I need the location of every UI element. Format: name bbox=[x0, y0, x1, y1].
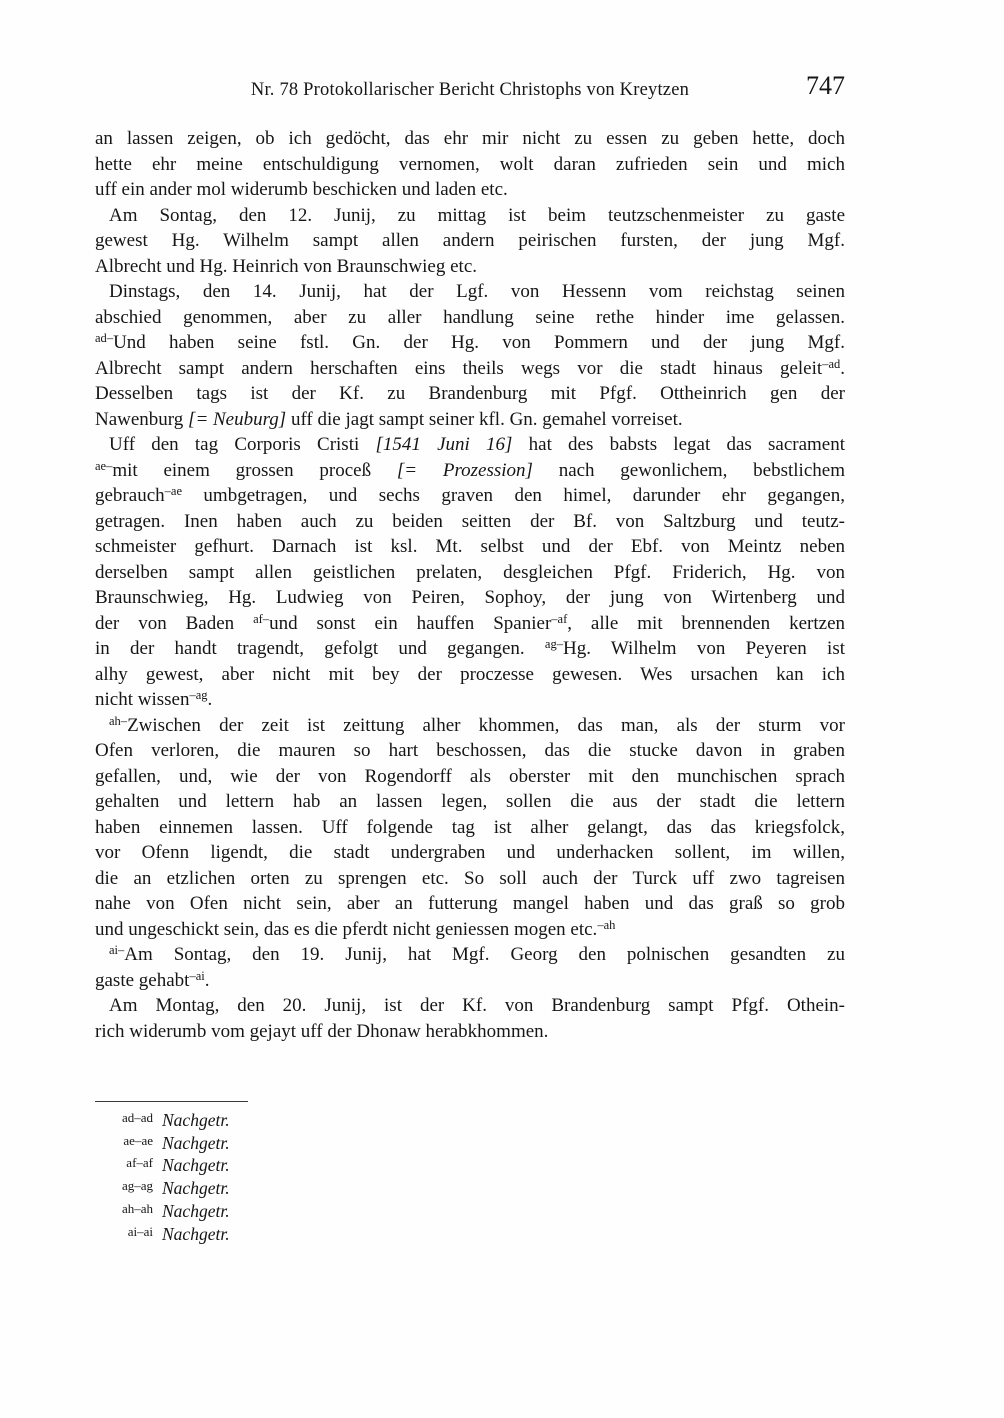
text-line: Nawenburg [= Neuburg] uff die jagt sampt… bbox=[95, 407, 845, 433]
text-segment: . bbox=[840, 358, 845, 379]
text-segment: Ofen verloren, die mauren so hart bescho… bbox=[95, 740, 845, 761]
text-segment: mit einem grossen proceß bbox=[112, 460, 397, 481]
text-segment: die an etzlichen orten zu sprengen etc. … bbox=[95, 868, 845, 889]
text-segment: in der handt tragendt, gefolgt und gegan… bbox=[95, 638, 545, 659]
apparatus-marker: –ae bbox=[165, 484, 182, 498]
text-segment: getragen. Inen haben auch zu beiden seit… bbox=[95, 511, 845, 532]
text-segment: gebrauch bbox=[95, 485, 165, 506]
text-segment: Braunschwieg, Hg. Ludwieg von Peiren, So… bbox=[95, 587, 845, 608]
text-segment: gewest Hg. Wilhelm sampt allen andern pe… bbox=[95, 230, 845, 251]
text-line: gebrauch–ae umbgetragen, und sechs grave… bbox=[95, 483, 845, 509]
apparatus-marker: ag– bbox=[545, 637, 563, 651]
text-line: haben einnemen lassen. Uff folgende tag … bbox=[95, 815, 845, 841]
text-line: derselben sampt allen geistlichen prelat… bbox=[95, 560, 845, 586]
apparatus-marker: ae– bbox=[95, 459, 112, 473]
paragraph: ai–Am Sontag, den 19. Junij, hat Mgf. Ge… bbox=[95, 942, 845, 993]
paragraph: Am Montag, den 20. Junij, ist der Kf. vo… bbox=[95, 993, 845, 1044]
text-segment: derselben sampt allen geistlichen prelat… bbox=[95, 562, 845, 583]
footnote-text: Nachgetr. bbox=[162, 1133, 230, 1153]
text-segment: uff die jagt sampt seiner kfl. Gn. gemah… bbox=[286, 409, 682, 430]
text-segment: Albrecht und Hg. Heinrich von Braunschwi… bbox=[95, 256, 477, 277]
text-line: Ofen verloren, die mauren so hart bescho… bbox=[95, 738, 845, 764]
editorial-gloss: [= Neuburg] bbox=[188, 409, 286, 430]
paragraph: Uff den tag Corporis Cristi [1541 Juni 1… bbox=[95, 432, 845, 713]
text-line: ah–Zwischen der zeit ist zeittung alher … bbox=[95, 713, 845, 739]
editorial-gloss: [1541 Juni 16] bbox=[375, 434, 512, 455]
footnote-item: ag–agNachgetr. bbox=[95, 1177, 845, 1200]
text-segment: Am Sontag, den 19. Junij, hat Mgf. Georg… bbox=[124, 944, 845, 965]
footnotes-section: ad–adNachgetr.ae–aeNachgetr.af–afNachget… bbox=[95, 1101, 845, 1245]
text-segment: nicht wissen bbox=[95, 689, 189, 710]
text-segment: schmeister gefhurt. Darnach ist ksl. Mt.… bbox=[95, 536, 845, 557]
text-segment: haben einnemen lassen. Uff folgende tag … bbox=[95, 817, 845, 838]
text-line: gefallen, und, wie der von Rogendorff al… bbox=[95, 764, 845, 790]
body-text: an lassen zeigen, ob ich gedöcht, das eh… bbox=[95, 126, 845, 1044]
apparatus-marker: af– bbox=[253, 612, 269, 626]
text-segment: gaste gehabt bbox=[95, 970, 189, 991]
text-segment: Desselben tags ist der Kf. zu Brandenbur… bbox=[95, 383, 845, 404]
text-segment: und ungeschickt sein, das es die pferdt … bbox=[95, 919, 597, 940]
text-line: Albrecht und Hg. Heinrich von Braunschwi… bbox=[95, 254, 845, 280]
text-line: ae–mit einem grossen proceß [= Prozessio… bbox=[95, 458, 845, 484]
text-segment: Uff den tag Corporis Cristi bbox=[109, 434, 375, 455]
apparatus-marker: ah– bbox=[109, 714, 127, 728]
apparatus-marker: –af bbox=[551, 612, 567, 626]
text-segment: gefallen, und, wie der von Rogendorff al… bbox=[95, 766, 845, 787]
text-line: Am Sontag, den 12. Junij, zu mittag ist … bbox=[95, 203, 845, 229]
text-line: ai–Am Sontag, den 19. Junij, hat Mgf. Ge… bbox=[95, 942, 845, 968]
apparatus-marker: –ai bbox=[189, 969, 204, 983]
text-line: Am Montag, den 20. Junij, ist der Kf. vo… bbox=[95, 993, 845, 1019]
apparatus-marker: –ag bbox=[189, 688, 207, 702]
text-line: ad–Und haben seine fstl. Gn. der Hg. von… bbox=[95, 330, 845, 356]
page-number: 747 bbox=[806, 71, 845, 101]
text-line: gehalten und lettern hab an lassen legen… bbox=[95, 789, 845, 815]
text-line: abschied genommen, aber zu aller handlun… bbox=[95, 305, 845, 331]
text-line: uff ein ander mol widerumb beschicken un… bbox=[95, 177, 845, 203]
footnote-text: Nachgetr. bbox=[162, 1155, 230, 1175]
footnote-text: Nachgetr. bbox=[162, 1201, 230, 1221]
text-line: hette ehr meine entschuldigung vernomen,… bbox=[95, 152, 845, 178]
editorial-gloss: [= Prozession] bbox=[397, 460, 533, 481]
text-segment: Und haben seine fstl. Gn. der Hg. von Po… bbox=[113, 332, 845, 353]
text-segment: rich widerumb vom gejayt uff der Dhonaw … bbox=[95, 1021, 548, 1042]
footnote-list: ad–adNachgetr.ae–aeNachgetr.af–afNachget… bbox=[95, 1109, 845, 1245]
apparatus-marker: –ah bbox=[597, 918, 615, 932]
text-segment: Albrecht sampt andern herschaften eins t… bbox=[95, 358, 822, 379]
text-line: an lassen zeigen, ob ich gedöcht, das eh… bbox=[95, 126, 845, 152]
page-header: Nr. 78 Protokollarischer Bericht Christo… bbox=[95, 77, 845, 105]
paragraph: Am Sontag, den 12. Junij, zu mittag ist … bbox=[95, 203, 845, 280]
text-line: Uff den tag Corporis Cristi [1541 Juni 1… bbox=[95, 432, 845, 458]
text-line: in der handt tragendt, gefolgt und gegan… bbox=[95, 636, 845, 662]
text-line: Dinstags, den 14. Junij, hat der Lgf. vo… bbox=[95, 279, 845, 305]
paragraph: Dinstags, den 14. Junij, hat der Lgf. vo… bbox=[95, 279, 845, 432]
apparatus-marker: –ad bbox=[822, 357, 840, 371]
text-line: alhy gewest, aber nicht mit bey der proc… bbox=[95, 662, 845, 688]
text-segment: an lassen zeigen, ob ich gedöcht, das eh… bbox=[95, 128, 845, 149]
footnote-separator-rule bbox=[95, 1101, 248, 1102]
text-line: nahe von Ofen nicht sein, aber an futter… bbox=[95, 891, 845, 917]
apparatus-marker: ad– bbox=[95, 331, 113, 345]
footnote-item: af–afNachgetr. bbox=[95, 1154, 845, 1177]
text-segment: , alle mit brennenden kertzen bbox=[567, 613, 845, 634]
text-line: Desselben tags ist der Kf. zu Brandenbur… bbox=[95, 381, 845, 407]
text-segment: Zwischen der zeit ist zeittung alher kho… bbox=[127, 715, 845, 736]
footnote-item: ae–aeNachgetr. bbox=[95, 1132, 845, 1155]
text-segment: nahe von Ofen nicht sein, aber an futter… bbox=[95, 893, 845, 914]
text-line: vor Ofenn ligendt, die stadt undergraben… bbox=[95, 840, 845, 866]
text-line: und ungeschickt sein, das es die pferdt … bbox=[95, 917, 845, 943]
text-line: Albrecht sampt andern herschaften eins t… bbox=[95, 356, 845, 382]
text-segment: und sonst ein hauffen Spanier bbox=[269, 613, 551, 634]
footnote-item: ah–ahNachgetr. bbox=[95, 1200, 845, 1223]
text-segment: Dinstags, den 14. Junij, hat der Lgf. vo… bbox=[109, 281, 845, 302]
text-line: die an etzlichen orten zu sprengen etc. … bbox=[95, 866, 845, 892]
text-line: gewest Hg. Wilhelm sampt allen andern pe… bbox=[95, 228, 845, 254]
text-segment: nach gewonlichem, bebstlichem bbox=[533, 460, 845, 481]
text-segment: abschied genommen, aber zu aller handlun… bbox=[95, 307, 845, 328]
text-segment: . bbox=[208, 689, 213, 710]
paragraph: ah–Zwischen der zeit ist zeittung alher … bbox=[95, 713, 845, 943]
text-segment: alhy gewest, aber nicht mit bey der proc… bbox=[95, 664, 845, 685]
text-segment: hat des babsts legat das sacrament bbox=[512, 434, 845, 455]
paragraph: an lassen zeigen, ob ich gedöcht, das eh… bbox=[95, 126, 845, 203]
text-line: Braunschwieg, Hg. Ludwieg von Peiren, So… bbox=[95, 585, 845, 611]
text-segment: gehalten und lettern hab an lassen legen… bbox=[95, 791, 845, 812]
book-page: Nr. 78 Protokollarischer Bericht Christo… bbox=[0, 0, 1004, 1418]
text-segment: hette ehr meine entschuldigung vernomen,… bbox=[95, 154, 845, 175]
footnote-text: Nachgetr. bbox=[162, 1224, 230, 1244]
text-line: schmeister gefhurt. Darnach ist ksl. Mt.… bbox=[95, 534, 845, 560]
text-segment: uff ein ander mol widerumb beschicken un… bbox=[95, 179, 508, 200]
text-segment: der von Baden bbox=[95, 613, 253, 634]
footnote-text: Nachgetr. bbox=[162, 1110, 230, 1130]
footnote-item: ai–aiNachgetr. bbox=[95, 1223, 845, 1246]
text-segment: umbgetragen, und sechs graven den himel,… bbox=[182, 485, 845, 506]
running-head: Nr. 78 Protokollarischer Bericht Christo… bbox=[95, 77, 845, 103]
text-line: der von Baden af–und sonst ein hauffen S… bbox=[95, 611, 845, 637]
text-segment: . bbox=[205, 970, 210, 991]
footnote-item: ad–adNachgetr. bbox=[95, 1109, 845, 1132]
text-segment: Am Sontag, den 12. Junij, zu mittag ist … bbox=[109, 205, 845, 226]
text-line: gaste gehabt–ai. bbox=[95, 968, 845, 994]
text-segment: Am Montag, den 20. Junij, ist der Kf. vo… bbox=[109, 995, 845, 1016]
text-line: nicht wissen–ag. bbox=[95, 687, 845, 713]
text-line: rich widerumb vom gejayt uff der Dhonaw … bbox=[95, 1019, 845, 1045]
text-segment: vor Ofenn ligendt, die stadt undergraben… bbox=[95, 842, 845, 863]
apparatus-marker: ai– bbox=[109, 943, 124, 957]
footnote-text: Nachgetr. bbox=[162, 1178, 230, 1198]
text-line: getragen. Inen haben auch zu beiden seit… bbox=[95, 509, 845, 535]
text-segment: Hg. Wilhelm von Peyeren ist bbox=[563, 638, 845, 659]
text-segment: Nawenburg bbox=[95, 409, 188, 430]
